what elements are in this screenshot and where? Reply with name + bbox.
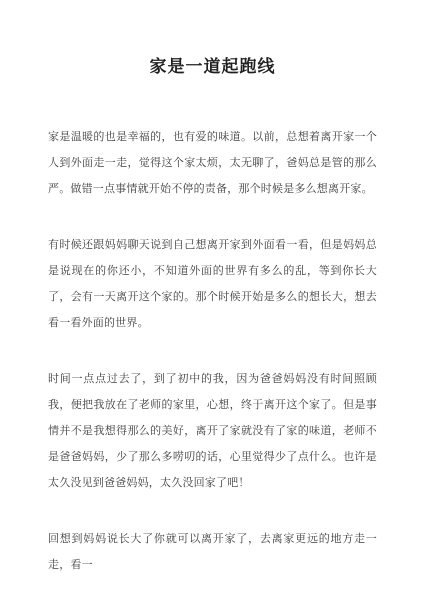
document-title: 家是一道起跑线	[48, 55, 377, 79]
paragraph-2: 有时候还跟妈妈聊天说到自己想离开家到外面看一看，但是妈妈总是说现在的你还小，不知…	[48, 232, 377, 336]
paragraph-4-truncated: 回想到妈妈说长大了你就可以离开家了，去离家更远的地方走一走，看一	[48, 526, 377, 578]
paragraph-1: 家是温暖的也是幸福的，也有爱的味道。以前，总想着离开家一个人到外面走一走，觉得这…	[48, 124, 377, 202]
paragraph-3: 时间一点点过去了，到了初中的我，因为爸爸妈妈没有时间照顾我，便把我放在了老师的家…	[48, 366, 377, 496]
document-page: 家是一道起跑线 家是温暖的也是幸福的，也有爱的味道。以前，总想着离开家一个人到外…	[0, 0, 424, 600]
